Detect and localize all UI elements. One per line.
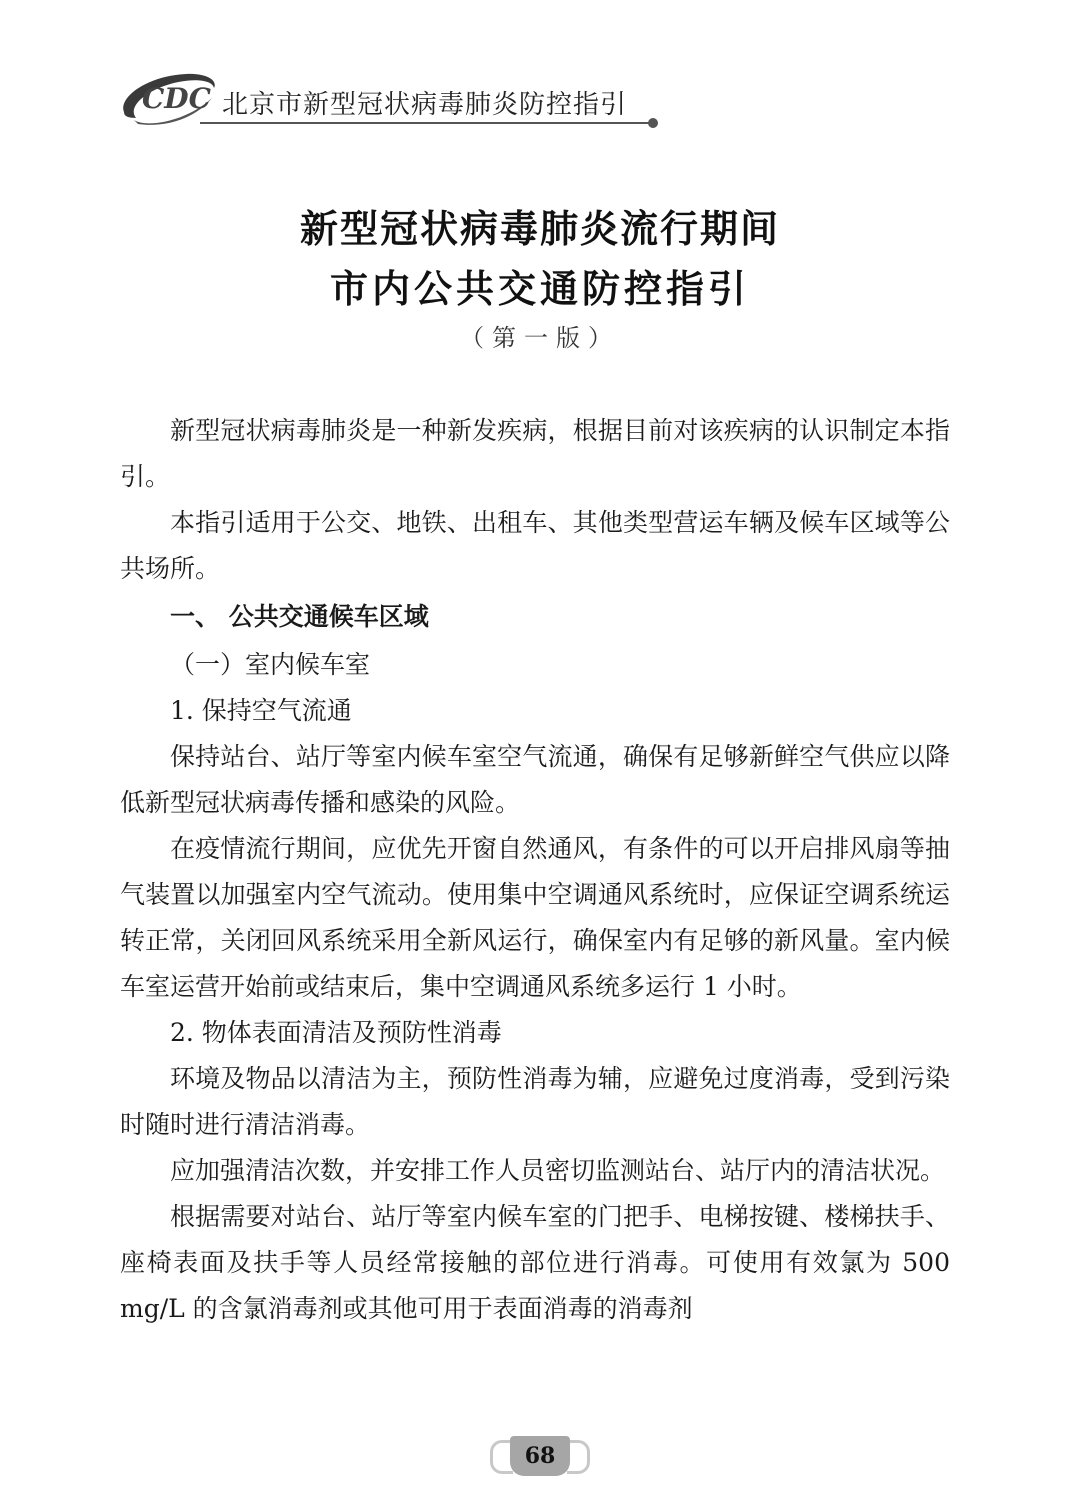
document-body: 新型冠状病毒肺炎是一种新发疾病，根据目前对该疾病的认识制定本指引。 本指引适用于… — [120, 408, 950, 1332]
body-paragraph: 在疫情流行期间，应优先开窗自然通风，有条件的可以开启排风扇等抽气装置以加强室内空… — [120, 826, 950, 1010]
document-edition: （第一版） — [0, 318, 1080, 353]
header-dot-icon — [648, 118, 658, 128]
header-title: 北京市新型冠状病毒肺炎防控指引 — [222, 84, 627, 121]
intro-paragraph: 新型冠状病毒肺炎是一种新发疾病，根据目前对该疾病的认识制定本指引。 — [120, 408, 950, 500]
page-number-badge: 68 — [490, 1436, 590, 1480]
body-paragraph: 环境及物品以清洁为主，预防性消毒为辅，应避免过度消毒，受到污染时随时进行清洁消毒… — [120, 1056, 950, 1148]
cdc-logo-icon: CDC — [116, 68, 221, 128]
item-heading: 2. 物体表面清洁及预防性消毒 — [120, 1010, 950, 1056]
page-number: 68 — [525, 1443, 556, 1469]
mask-icon: 68 — [510, 1436, 570, 1476]
subsection-heading: （一）室内候车室 — [120, 642, 950, 688]
mask-strap-right-icon — [567, 1440, 590, 1474]
document-title-line1: 新型冠状病毒肺炎流行期间 — [0, 198, 1080, 253]
section-heading: 一、 公共交通候车区域 — [120, 592, 950, 642]
body-paragraph: 应加强清洁次数，并安排工作人员密切监测站台、站厅内的清洁状况。 — [120, 1148, 950, 1194]
body-paragraph: 保持站台、站厅等室内候车室空气流通，确保有足够新鲜空气供应以降低新型冠状病毒传播… — [120, 734, 950, 826]
header-divider — [200, 122, 650, 124]
intro-paragraph: 本指引适用于公交、地铁、出租车、其他类型营运车辆及候车区域等公共场所。 — [120, 500, 950, 592]
svg-text:CDC: CDC — [142, 82, 212, 115]
running-header: CDC 北京市新型冠状病毒肺炎防控指引 — [110, 62, 670, 132]
document-title-line2: 市内公共交通防控指引 — [0, 258, 1080, 313]
item-heading: 1. 保持空气流通 — [120, 688, 950, 734]
body-paragraph: 根据需要对站台、站厅等室内候车室的门把手、电梯按键、楼梯扶手、座椅表面及扶手等人… — [120, 1194, 950, 1332]
